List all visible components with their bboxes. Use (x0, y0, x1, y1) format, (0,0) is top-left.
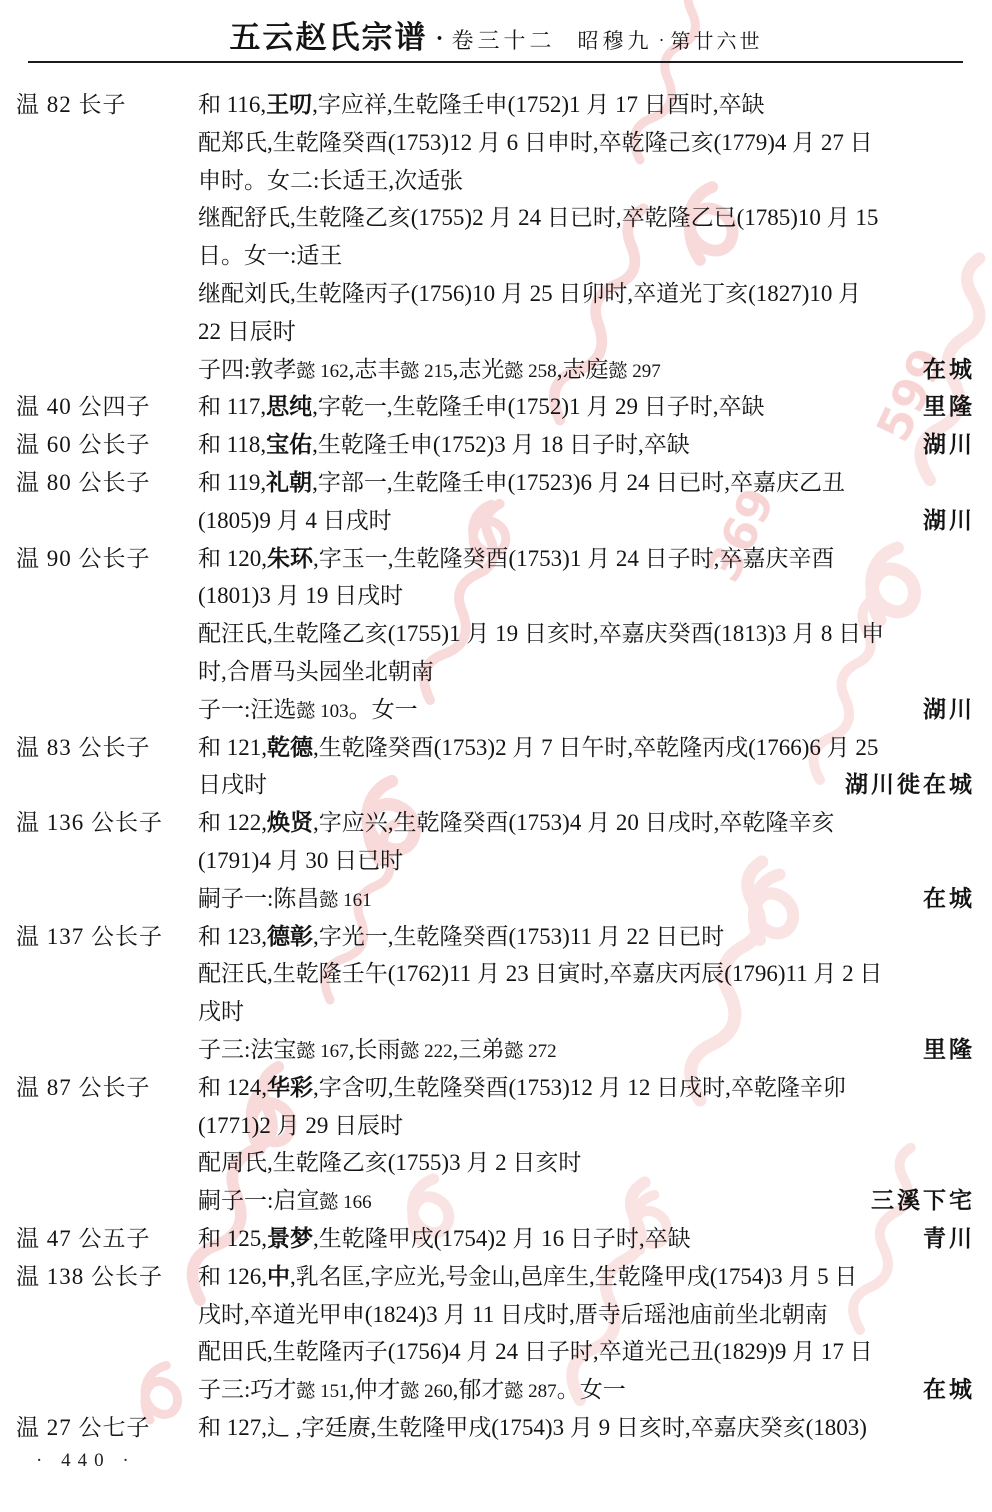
page-number: · 440 · (36, 1450, 136, 1472)
entry-text: 配田氏,生乾隆丙子(1756)4 月 24 日子时,卒道光己丑(1829)9 月… (198, 1333, 967, 1371)
lineage-label (16, 162, 198, 200)
entry-text: 和 124,华彩,字含叨,生乾隆癸酉(1753)12 月 12 日戌时,卒乾隆辛… (198, 1069, 967, 1107)
table-row: 温 82 长子和 116,王叨,字应祥,生乾隆壬申(1752)1 月 17 日酉… (16, 86, 975, 124)
lineage-label (16, 1296, 198, 1334)
table-row: 戌时,卒道光甲申(1824)3 月 11 日戌时,厝寺后瑶池庙前坐北朝南 (16, 1296, 975, 1334)
lineage-label (16, 955, 198, 993)
entry-text: (1771)2 月 29 日辰时 (198, 1107, 967, 1145)
lineage-label (16, 313, 198, 351)
table-row: 配郑氏,生乾隆癸酉(1753)12 月 6 日申时,卒乾隆己亥(1779)4 月… (16, 124, 975, 162)
genealogy-rows: 温 82 长子和 116,王叨,字应祥,生乾隆壬申(1752)1 月 17 日酉… (16, 86, 975, 1447)
table-row: 温 138 公长子和 126,中,乳名匡,字应光,号金山,邑庠生,生乾隆甲戌(1… (16, 1258, 975, 1296)
lineage-label (16, 237, 198, 275)
book-title: 五云赵氏宗谱 (229, 20, 427, 55)
entry-text: 子四:敦孝懿 162,志丰懿 215,志光懿 258,志庭懿 297 (198, 351, 915, 389)
residence-tag: 青川 (923, 1220, 975, 1258)
table-row: 温 40 公四子和 117,思纯,字乾一,生乾隆壬申(1752)1 月 29 日… (16, 388, 975, 426)
lineage-label (16, 993, 198, 1031)
entry-text: 22 日辰时 (198, 313, 967, 351)
residence-tag: 在城 (923, 880, 975, 918)
table-row: 子一:汪选懿 103。女一湖川 (16, 691, 975, 729)
entry-text: 和 118,宝佑,生乾隆壬申(1752)3 月 18 日子时,卒缺 (198, 426, 915, 464)
lineage-label (16, 1144, 198, 1182)
lineage-label (16, 766, 198, 804)
table-row: 温 90 公长子和 120,朱环,字玉一,生乾隆癸酉(1753)1 月 24 日… (16, 540, 975, 578)
table-row: 继配舒氏,生乾隆乙亥(1755)2 月 24 日已时,卒乾隆乙已(1785)10… (16, 199, 975, 237)
lineage-label (16, 1031, 198, 1069)
entry-text: 和 121,乾德,生乾隆癸酉(1753)2 月 7 日午时,卒乾隆丙戌(1766… (198, 729, 967, 767)
residence-tag: 湖川 (923, 691, 975, 729)
entry-text: 配郑氏,生乾隆癸酉(1753)12 月 6 日申时,卒乾隆己亥(1779)4 月… (198, 124, 967, 162)
entry-text: 嗣子一:启宣懿 166 (198, 1182, 863, 1220)
lineage-label (16, 577, 198, 615)
genealogy-page: 369 599 五云赵氏宗谱·卷三十二昭穆九·第廿六世 温 82 长子和 116… (0, 0, 992, 1512)
table-row: 温 137 公长子和 123,德彰,字光一,生乾隆癸酉(1753)11 月 22… (16, 918, 975, 956)
table-row: 22 日辰时 (16, 313, 975, 351)
table-row: (1801)3 月 19 日戌时 (16, 577, 975, 615)
lineage-label: 温 87 公长子 (16, 1069, 198, 1107)
lineage-label (16, 1371, 198, 1409)
table-row: 日戌时湖川徙在城 (16, 766, 975, 804)
residence-tag: 湖川 (923, 502, 975, 540)
entry-text: 子三:法宝懿 167,长雨懿 222,三弟懿 272 (198, 1031, 915, 1069)
entry-text: 和 122,焕贤,字应兴,生乾隆癸酉(1753)4 月 20 日戌时,卒乾隆辛亥 (198, 804, 967, 842)
section-separator-dot: · (659, 30, 665, 50)
lineage-label: 温 90 公长子 (16, 540, 198, 578)
entry-text: (1805)9 月 4 日戌时 (198, 502, 915, 540)
residence-tag: 里隆 (923, 388, 975, 426)
lineage-label (16, 1182, 198, 1220)
table-row: 配汪氏,生乾隆壬午(1762)11 月 23 日寅时,卒嘉庆丙辰(1796)11… (16, 955, 975, 993)
table-row: 温 83 公长子和 121,乾德,生乾隆癸酉(1753)2 月 7 日午时,卒乾… (16, 729, 975, 767)
lineage-label (16, 351, 198, 389)
lineage-label: 温 138 公长子 (16, 1258, 198, 1296)
entry-text: (1801)3 月 19 日戌时 (198, 577, 967, 615)
entry-text: 和 123,德彰,字光一,生乾隆癸酉(1753)11 月 22 日已时 (198, 918, 967, 956)
table-row: 嗣子一:启宣懿 166三溪下宅 (16, 1182, 975, 1220)
table-row: 温 47 公五子和 125,景梦,生乾隆甲戌(1754)2 月 16 日子时,卒… (16, 1220, 975, 1258)
lineage-label (16, 124, 198, 162)
residence-tag: 里隆 (923, 1031, 975, 1069)
lineage-label: 温 83 公长子 (16, 729, 198, 767)
table-row: 戌时 (16, 993, 975, 1031)
entry-text: 配汪氏,生乾隆壬午(1762)11 月 23 日寅时,卒嘉庆丙辰(1796)11… (198, 955, 967, 993)
header-rule (28, 61, 963, 63)
lineage-label: 温 47 公五子 (16, 1220, 198, 1258)
lineage-label (16, 691, 198, 729)
table-row: 配汪氏,生乾隆乙亥(1755)1 月 19 日亥时,卒嘉庆癸酉(1813)3 月… (16, 615, 975, 653)
entry-text: 和 127,辶 ,字廷赓,生乾隆甲戌(1754)3 月 9 日亥时,卒嘉庆癸亥(… (198, 1409, 967, 1447)
lineage-label (16, 199, 198, 237)
residence-tag: 在城 (923, 1371, 975, 1409)
lineage-label (16, 615, 198, 653)
table-row: 温 87 公长子和 124,华彩,字含叨,生乾隆癸酉(1753)12 月 12 … (16, 1069, 975, 1107)
entry-text: 子三:巧才懿 151,仲才懿 260,郁才懿 287。女一 (198, 1371, 915, 1409)
entry-text: 嗣子一:陈昌懿 161 (198, 880, 915, 918)
lineage-label (16, 1107, 198, 1145)
generation-title: 第廿六世 (671, 31, 763, 53)
entry-text: 日。女一:适王 (198, 237, 967, 275)
entry-text: 配周氏,生乾隆乙亥(1755)3 月 2 日亥时 (198, 1144, 967, 1182)
entry-text: 和 126,中,乳名匡,字应光,号金山,邑庠生,生乾隆甲戌(1754)3 月 5… (198, 1258, 967, 1296)
lineage-label: 温 137 公长子 (16, 918, 198, 956)
residence-tag: 湖川 (923, 426, 975, 464)
table-row: 温 27 公七子和 127,辶 ,字廷赓,生乾隆甲戌(1754)3 月 9 日亥… (16, 1409, 975, 1447)
entry-text: 继配舒氏,生乾隆乙亥(1755)2 月 24 日已时,卒乾隆乙已(1785)10… (198, 199, 967, 237)
lineage-label: 温 27 公七子 (16, 1409, 198, 1447)
title-separator-dot: · (435, 26, 443, 52)
entry-text: 日戌时 (198, 766, 837, 804)
lineage-label: 温 136 公长子 (16, 804, 198, 842)
residence-tag: 湖川徙在城 (845, 766, 975, 804)
entry-text: (1791)4 月 30 日已时 (198, 842, 967, 880)
lineage-label (16, 842, 198, 880)
entry-text: 和 119,礼朝,字部一,生乾隆壬申(17523)6 月 24 日已时,卒嘉庆乙… (198, 464, 967, 502)
entry-text: 子一:汪选懿 103。女一 (198, 691, 915, 729)
volume-label: 卷三十二 (452, 28, 556, 53)
table-row: (1771)2 月 29 日辰时 (16, 1107, 975, 1145)
residence-tag: 在城 (923, 351, 975, 389)
table-row: (1791)4 月 30 日已时 (16, 842, 975, 880)
table-row: 子四:敦孝懿 162,志丰懿 215,志光懿 258,志庭懿 297在城 (16, 351, 975, 389)
table-row: (1805)9 月 4 日戌时湖川 (16, 502, 975, 540)
entry-text: 戌时,卒道光甲申(1824)3 月 11 日戌时,厝寺后瑶池庙前坐北朝南 (198, 1296, 967, 1334)
table-row: 配田氏,生乾隆丙子(1756)4 月 24 日子时,卒道光己丑(1829)9 月… (16, 1333, 975, 1371)
table-row: 子三:法宝懿 167,长雨懿 222,三弟懿 272里隆 (16, 1031, 975, 1069)
table-row: 温 80 公长子和 119,礼朝,字部一,生乾隆壬申(17523)6 月 24 … (16, 464, 975, 502)
lineage-label (16, 1333, 198, 1371)
table-row: 温 60 公长子和 118,宝佑,生乾隆壬申(1752)3 月 18 日子时,卒… (16, 426, 975, 464)
lineage-label: 温 82 长子 (16, 86, 198, 124)
table-row: 时,合厝马头园坐北朝南 (16, 653, 975, 691)
residence-tag: 三溪下宅 (871, 1182, 975, 1220)
entry-text: 和 116,王叨,字应祥,生乾隆壬申(1752)1 月 17 日酉时,卒缺 (198, 86, 967, 124)
table-row: 申时。女二:长适王,次适张 (16, 162, 975, 200)
lineage-label (16, 275, 198, 313)
lineage-label: 温 60 公长子 (16, 426, 198, 464)
entry-text: 配汪氏,生乾隆乙亥(1755)1 月 19 日亥时,卒嘉庆癸酉(1813)3 月… (198, 615, 967, 653)
lineage-label (16, 653, 198, 691)
section-label: 昭穆九 (578, 29, 653, 53)
entry-text: 申时。女二:长适王,次适张 (198, 162, 967, 200)
table-row: 继配刘氏,生乾隆丙子(1756)10 月 25 日卯时,卒道光丁亥(1827)1… (16, 275, 975, 313)
entry-text: 戌时 (198, 993, 967, 1031)
table-row: 日。女一:适王 (16, 237, 975, 275)
table-row: 嗣子一:陈昌懿 161在城 (16, 880, 975, 918)
entry-text: 和 120,朱环,字玉一,生乾隆癸酉(1753)1 月 24 日子时,卒嘉庆辛酉 (198, 540, 967, 578)
lineage-label: 温 80 公长子 (16, 464, 198, 502)
lineage-label: 温 40 公四子 (16, 388, 198, 426)
entry-text: 时,合厝马头园坐北朝南 (198, 653, 967, 691)
table-row: 温 136 公长子和 122,焕贤,字应兴,生乾隆癸酉(1753)4 月 20 … (16, 804, 975, 842)
table-row: 子三:巧才懿 151,仲才懿 260,郁才懿 287。女一在城 (16, 1371, 975, 1409)
lineage-label (16, 880, 198, 918)
page-header: 五云赵氏宗谱·卷三十二昭穆九·第廿六世 (0, 12, 992, 57)
entry-text: 继配刘氏,生乾隆丙子(1756)10 月 25 日卯时,卒道光丁亥(1827)1… (198, 275, 967, 313)
entry-text: 和 125,景梦,生乾隆甲戌(1754)2 月 16 日子时,卒缺 (198, 1220, 915, 1258)
lineage-label (16, 502, 198, 540)
entry-text: 和 117,思纯,字乾一,生乾隆壬申(1752)1 月 29 日子时,卒缺 (198, 388, 915, 426)
table-row: 配周氏,生乾隆乙亥(1755)3 月 2 日亥时 (16, 1144, 975, 1182)
